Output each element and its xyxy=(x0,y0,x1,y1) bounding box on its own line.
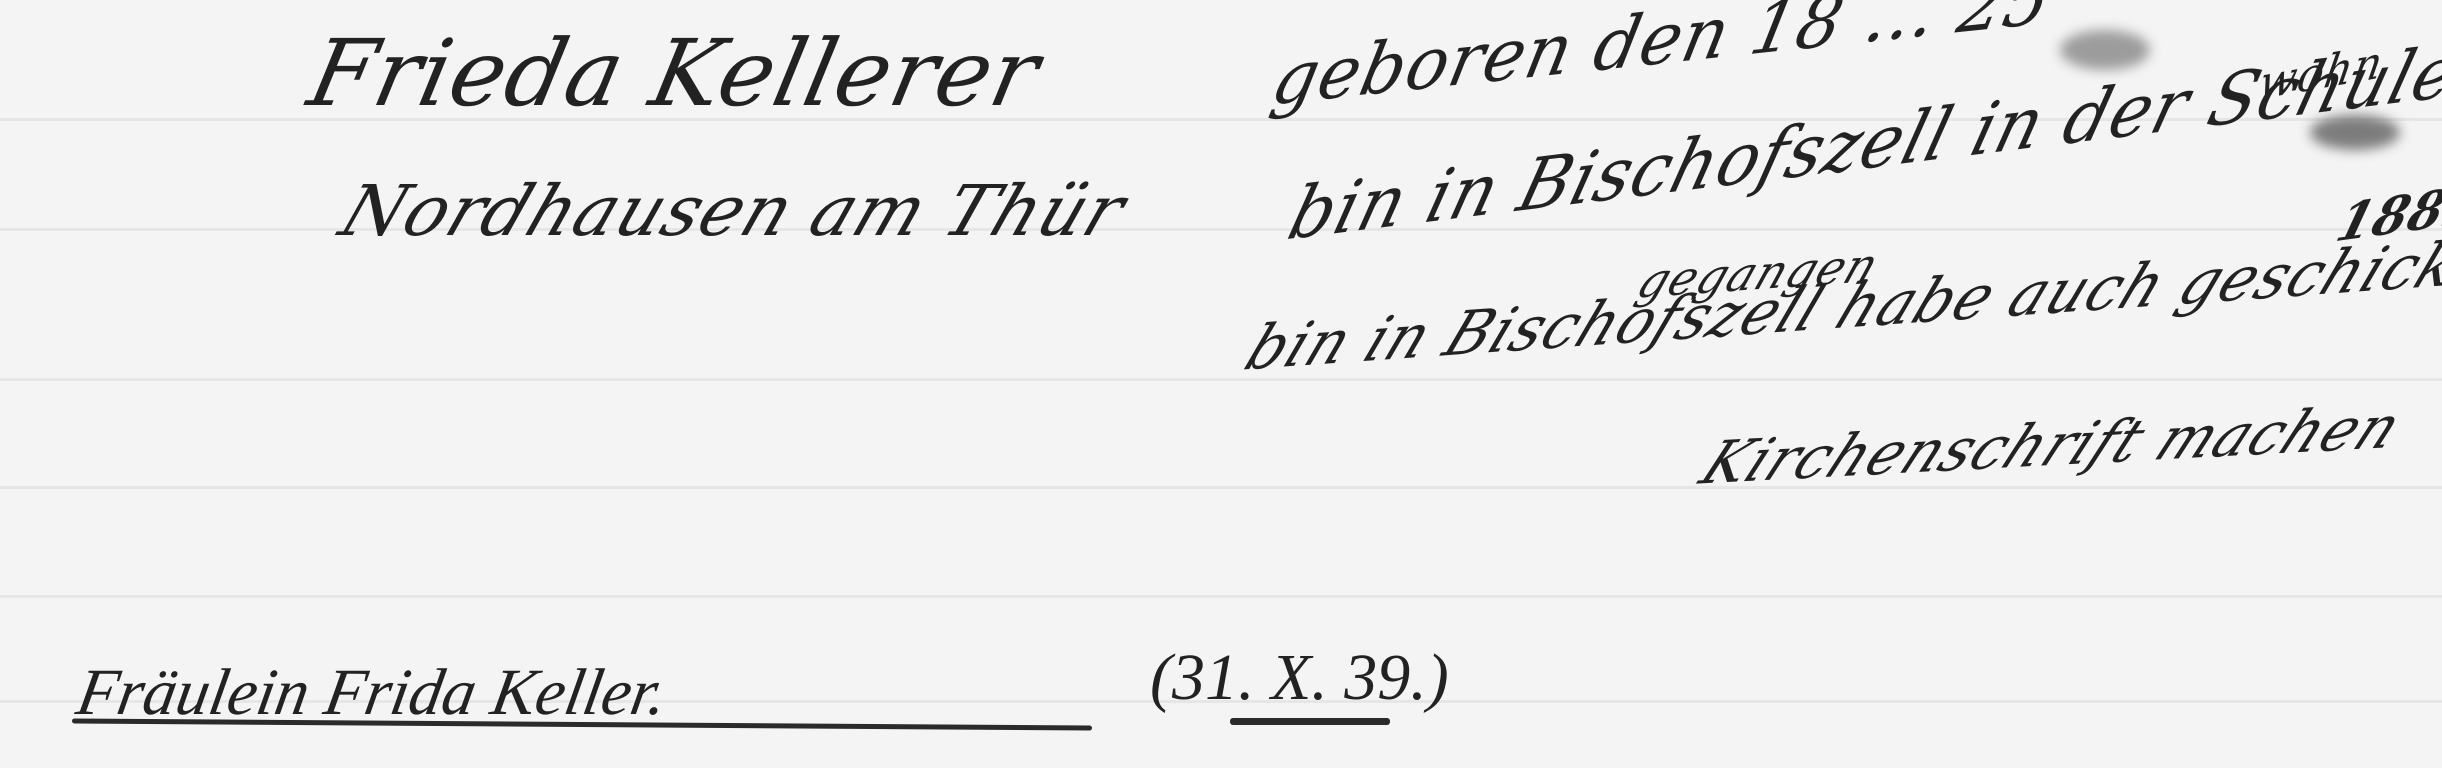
date-underline xyxy=(1230,718,1390,725)
ink-smudge xyxy=(2060,30,2150,70)
handwritten-place: Nordhausen am Thür xyxy=(330,170,1137,252)
scanned-page: Frieda Kellerer geboren den 18 … 25 wohn… xyxy=(0,0,2442,768)
ruled-line xyxy=(0,378,2442,381)
ruled-line xyxy=(0,595,2442,598)
handwritten-name: Frieda Kellerer xyxy=(300,20,1049,127)
ruled-line xyxy=(0,486,2442,489)
handwritten-church-writing: Kirchenschrift machen xyxy=(1690,392,2414,498)
signature-date: (31. X. 39.) xyxy=(1150,640,1449,716)
